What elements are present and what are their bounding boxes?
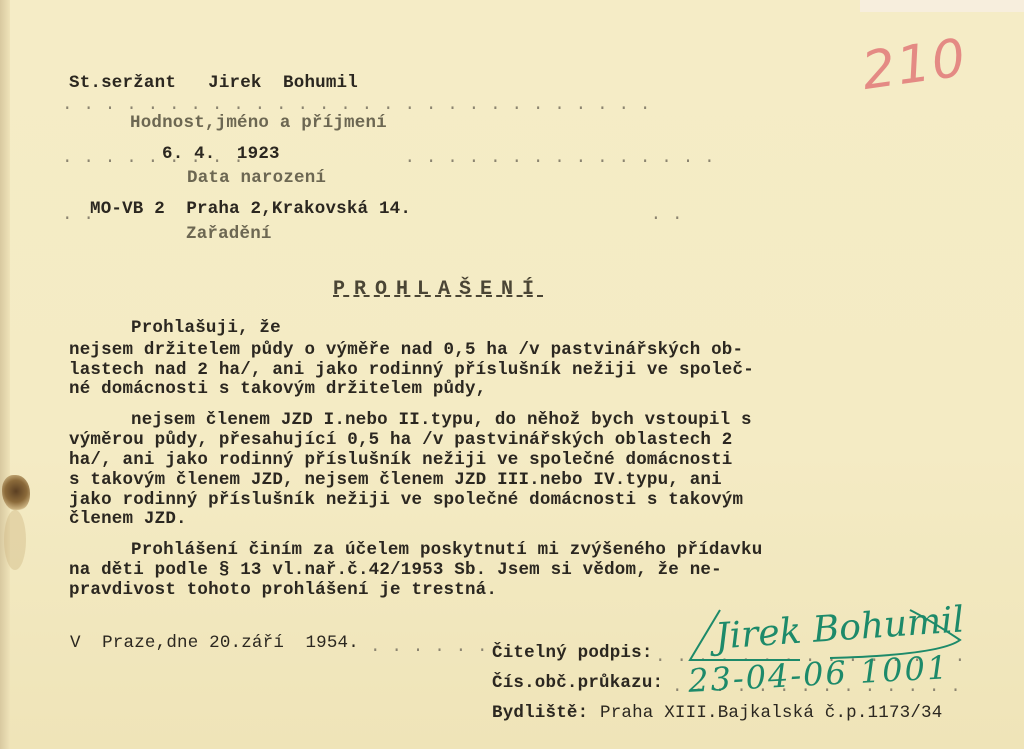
dotted-line: . . . . . . [370,637,488,657]
dotted-line: . . . . . . . . . . . . . . . . . . . . … [62,148,715,168]
paragraph3-line: na děti podle § 13 vl.nař.č.42/1953 Sb. … [69,560,722,580]
document-page: 210 St.seržant Jirek Bohumil . . . . . .… [0,0,1024,749]
residence-value: Praha XIII.Bajkalská č.p.1173/34 [600,703,942,723]
paragraph1-line: lastech nad 2 ha/, ani jako rodinný přís… [69,360,754,380]
paragraph2-line: nejsem členem JZD I.nebo II.typu, do něh… [131,410,752,430]
residence-label: Bydliště: [492,703,588,723]
paragraph1-line: nejsem držitelem půdy o výměře nad 0,5 h… [69,340,743,360]
paragraph2-line: výměrou půdy, přesahující 0,5 ha /v past… [69,430,733,450]
dotted-line: . . . . . . . . . . . . . . . . . . . . … [62,95,651,115]
rank-name-value: St.seržant Jirek Bohumil [69,73,358,93]
paragraph3-line: pravdivost tohoto prohlášení je trestná. [69,580,497,600]
paragraph2-line: ha/, ani jako rodinný příslušník nežiji … [69,450,733,470]
unit-value: MO-VB 2 Praha 2,Krakovská 14. [90,199,411,219]
id-card-label: Čís.obč.průkazu: [492,673,663,693]
underlying-page-edge [860,0,1024,12]
paragraph1-line: né domácnosti s takovým držitelem půdy, [69,379,486,399]
signature-label: Čitelný podpis: [492,643,653,663]
paragraph2-line: s takovým členem JZD, nejsem členem JZD … [69,470,722,490]
page-left-edge [0,0,10,749]
rank-name-label: Hodnost,jméno a příjmení [130,113,387,133]
birth-date-label: Data narození [187,168,326,188]
unit-label: Zařadění [186,224,272,244]
document-title: PROHLAŠENÍ [333,278,543,301]
paragraph2-line: členem JZD. [69,509,187,529]
birth-date-value: 6. 4. 1923 [162,144,280,164]
place-date: V Praze,dne 20.září 1954. [70,633,359,653]
paragraph3-line: Prohlášení činím za účelem poskytnutí mi… [131,540,762,560]
page-number: 210 [858,28,971,102]
paragraph2-line: jako rodinný příslušník nežiji ve společ… [69,490,743,510]
punch-hole [2,475,30,511]
intro-text: Prohlašuji, že [131,318,281,338]
punch-hole-stain [4,510,26,570]
